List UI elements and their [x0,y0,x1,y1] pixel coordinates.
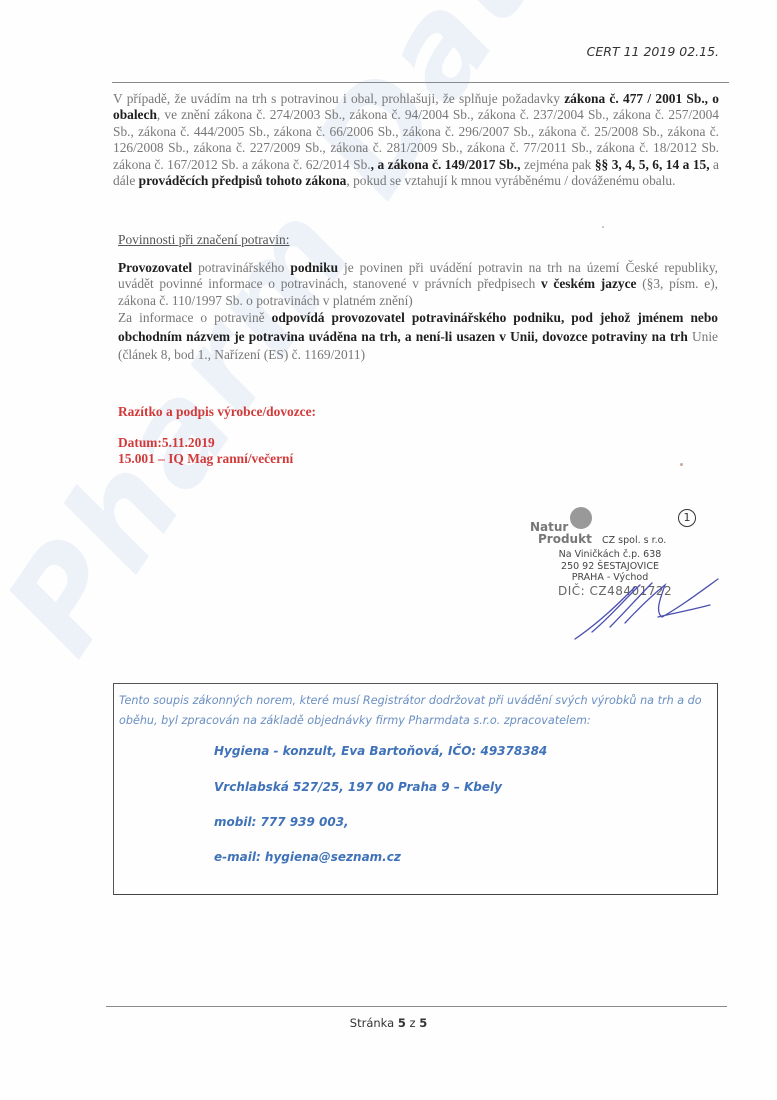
company-stamp: 1 Natur Produkt CZ spol. s r.o. Na Vinič… [530,505,720,645]
stamp-signature-heading: Razítko a podpis výrobce/dovozce: [118,404,316,420]
processor-address: Vrchlabská 527/25, 197 00 Praha 9 – Kbel… [214,780,502,794]
labeling-section-title: Povinnosti při značení potravin: [118,232,289,248]
header-reference: CERT 11 2019 02.15. [587,44,719,59]
page-total: 5 [419,1016,427,1030]
footer-divider [106,1006,727,1007]
page-number: Stránka 5 z 5 [0,1016,777,1030]
labeling-paragraph-2: Za informace o potravině odpovídá provoz… [118,309,718,365]
handwritten-signature [570,577,720,647]
header-divider [112,82,729,83]
signature-date: Datum:5.11.2019 [118,435,215,451]
document-page: Pharm Data s. r. o. CERT 11 2019 02.15. … [0,0,777,1100]
stamp-address-line: Na Viničkách č.p. 638 [540,549,680,561]
page-separator: z [410,1016,416,1030]
bold-text-segment: §§ 3, 4, 5, 6, 14 a 15, [595,157,710,172]
text-segment: potravinářského [198,260,290,275]
bold-text-segment: Provozovatel [118,260,198,275]
text-segment: , pokud se vztahují k mnou vyráběnému / … [346,173,675,188]
stamp-company: CZ spol. s r.o. [602,535,666,546]
text-segment: V případě, že uvádím na trh s potravinou… [113,91,564,106]
bold-text-segment: , a zákona č. 149/2017 Sb., [371,157,521,172]
bold-text-segment: v českém jazyce [541,276,636,291]
page-label: Stránka [350,1016,394,1030]
text-segment: Za informace o potravině [118,310,272,325]
labeling-paragraph-1: Provozovatel potravinářského podniku je … [118,260,718,309]
packaging-declaration: V případě, že uvádím na trh s potravinou… [113,91,719,189]
stamp-address-line: 250 92 ŠESTAJOVICE [540,561,680,573]
processor-info-box: Tento soupis zákonných norem, které musí… [113,683,718,895]
bold-text-segment: podniku [290,260,338,275]
logo-line-2: Produkt [538,533,592,545]
info-box-intro: Tento soupis zákonných norem, které musí… [119,691,715,731]
product-name: 15.001 – IQ Mag ranní/večerní [118,451,293,467]
page-current: 5 [398,1016,406,1030]
scan-speck [680,463,683,466]
labeling-section-body: Provozovatel potravinářského podniku je … [118,260,718,365]
scan-speck [602,226,604,228]
packaging-declaration-text: V případě, že uvádím na trh s potravinou… [113,91,719,189]
processor-name: Hygiena - konzult, Eva Bartoňová, IČO: 4… [214,744,547,758]
text-segment: zejména pak [520,157,594,172]
processor-mobile: mobil: 777 939 003, [214,815,349,829]
bold-text-segment: prováděcích předpisů tohoto zákona [139,173,347,188]
processor-email: e-mail: hygiena@seznam.cz [214,850,401,864]
natur-produkt-logo: Natur Produkt [530,521,592,545]
stamp-number-badge: 1 [678,509,696,527]
